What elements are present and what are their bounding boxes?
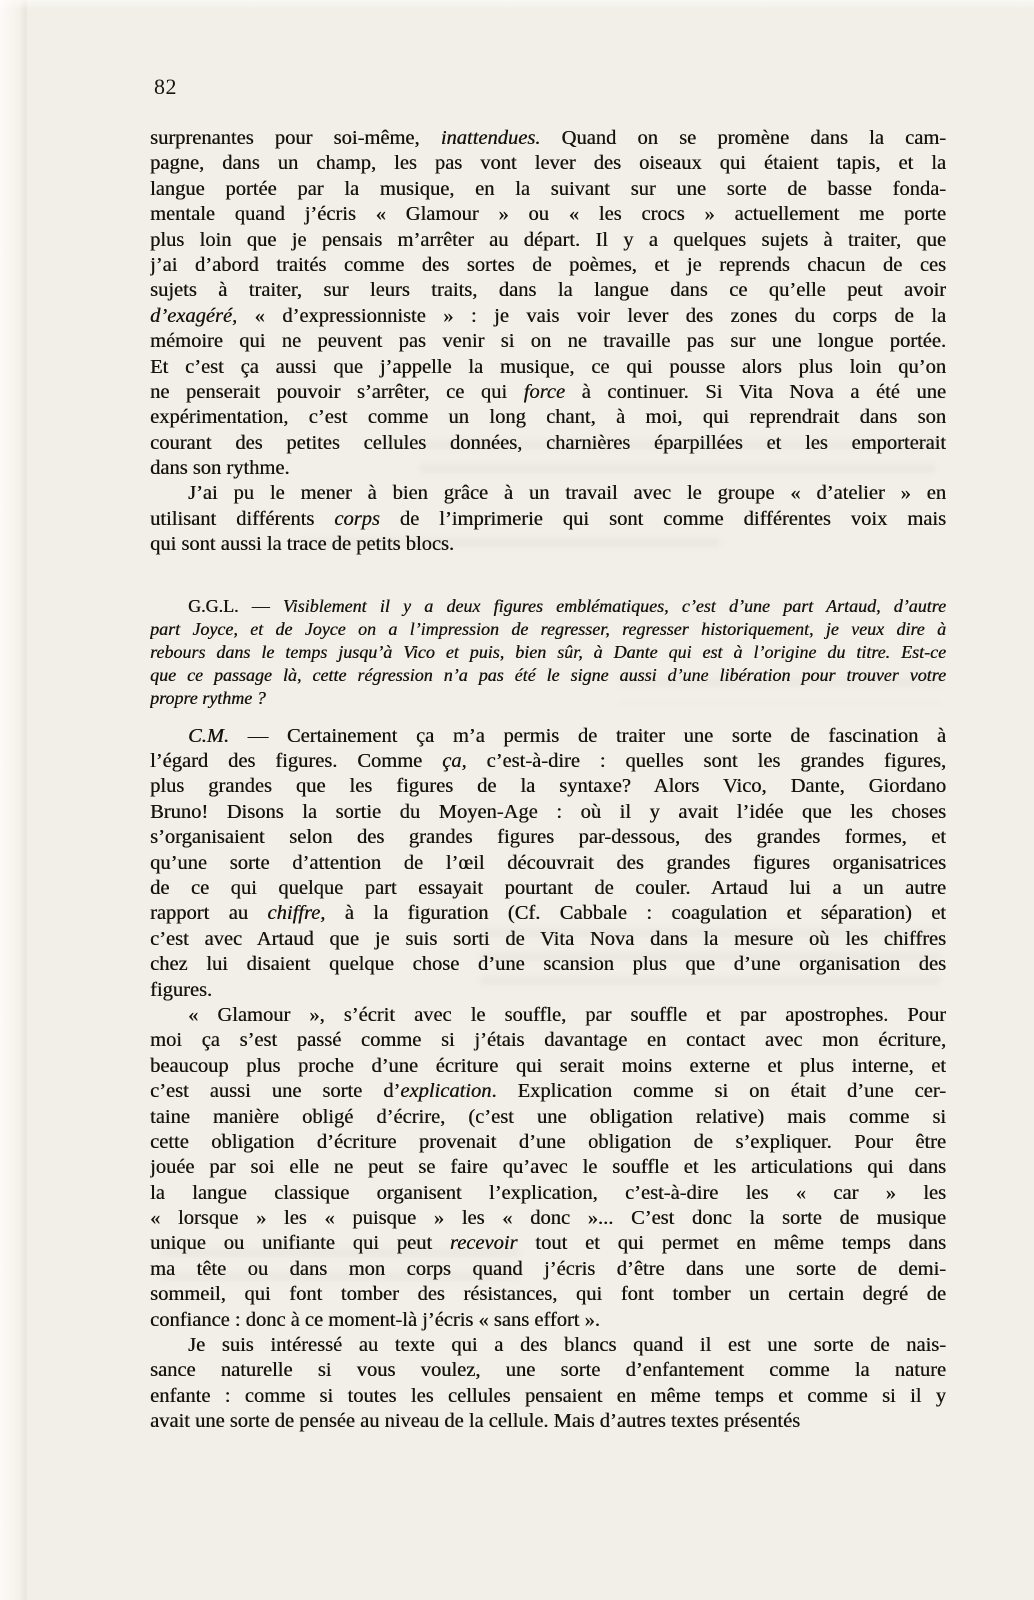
text-line: moi ça s’est passé comme si j’étais dava… (150, 1028, 946, 1053)
text-line: dans son rythme. (150, 456, 946, 481)
text-line: figures. (150, 978, 946, 1003)
text-line: Et c’est ça aussi que j’appelle la musiq… (150, 355, 946, 380)
text-line: surprenantes pour soi-même, inattendues.… (150, 126, 946, 151)
text-line: ma tête ou dans mon corps quand j’écris … (150, 1257, 946, 1282)
paragraph-atelier: J’ai pu le mener à bien grâce à un trava… (150, 481, 946, 557)
question-ggl: G.G.L. — Visiblement il y a deux figures… (150, 595, 946, 710)
text-line: J’ai pu le mener à bien grâce à un trava… (150, 481, 946, 506)
text-line: unique ou unifiante qui peut recevoir to… (150, 1231, 946, 1256)
page-number: 82 (154, 74, 177, 100)
text-block: surprenantes pour soi-même, inattendues.… (150, 126, 946, 1435)
text-line: ne penserait pouvoir s’arrêter, ce qui f… (150, 380, 946, 405)
paragraph-texte-blancs: Je suis intéressé au texte qui a des bla… (150, 1333, 946, 1435)
text-line: s’organisaient selon des grandes figures… (150, 825, 946, 850)
text-line: beaucoup plus proche d’une écriture qui … (150, 1054, 946, 1079)
text-line: jouée par soi elle ne peut se faire qu’a… (150, 1155, 946, 1180)
paragraph-continuation: surprenantes pour soi-même, inattendues.… (150, 126, 946, 481)
text-line: confiance : donc à ce moment-là j’écris … (150, 1308, 946, 1333)
scan-page-edge (0, 0, 28, 1600)
text-line: mentale quand j’écris « Glamour » ou « l… (150, 202, 946, 227)
text-line: langue portée par la musique, en la suiv… (150, 177, 946, 202)
scan-top-edge (0, 0, 1034, 10)
text-line: Je suis intéressé au texte qui a des bla… (150, 1333, 946, 1358)
text-line: G.G.L. — Visiblement il y a deux figures… (150, 595, 946, 618)
scanned-book-page: { "page": { "number": "82", "background_… (0, 0, 1034, 1600)
text-line: c’est avec Artaud que je suis sorti de V… (150, 927, 946, 952)
text-line: rapport au chiffre, à la figuration (Cf.… (150, 901, 946, 926)
text-line: « lorsque » les « puisque » les « donc »… (150, 1206, 946, 1231)
text-line: c’est aussi une sorte d’explication. Exp… (150, 1079, 946, 1104)
text-line: j’ai d’abord traités comme des sortes de… (150, 253, 946, 278)
text-line: d’exagéré, « d’expressionniste » : je va… (150, 304, 946, 329)
text-line: l’égard des figures. Comme ça, c’est-à-d… (150, 749, 946, 774)
text-line: Bruno! Disons la sortie du Moyen-Age : o… (150, 800, 946, 825)
text-line: chez lui disaient quelque chose d’une sc… (150, 952, 946, 977)
text-line: C.M. — Certainement ça m’a permis de tra… (150, 724, 946, 749)
text-line: que ce passage là, cette régression n’a … (150, 664, 946, 687)
text-line: qu’une sorte d’attention de l’œil découv… (150, 851, 946, 876)
text-line: enfante : comme si toutes les cellules p… (150, 1384, 946, 1409)
text-line: qui sont aussi la trace de petits blocs. (150, 532, 946, 557)
text-line: plus loin que je pensais m’arrêter au dé… (150, 228, 946, 253)
text-line: cette obligation d’écriture provenait d’… (150, 1130, 946, 1155)
paragraph-glamour-souffle: « Glamour », s’écrit avec le souffle, pa… (150, 1003, 946, 1333)
text-line: sance naturelle si vous voulez, une sort… (150, 1358, 946, 1383)
answer-cm-figures: C.M. — Certainement ça m’a permis de tra… (150, 724, 946, 1003)
text-line: sujets à traiter, sur leurs traits, dans… (150, 278, 946, 303)
text-line: plus grandes que les figures de la synta… (150, 774, 946, 799)
text-line: la langue classique organisent l’explica… (150, 1181, 946, 1206)
text-line: mémoire qui ne peuvent pas venir si on n… (150, 329, 946, 354)
text-line: expérimentation, c’est comme un long cha… (150, 405, 946, 430)
text-line: taine manière obligé d’écrire, (c’est un… (150, 1105, 946, 1130)
text-line: sommeil, qui font tomber des résistances… (150, 1282, 946, 1307)
text-line: utilisant différents corps de l’imprimer… (150, 507, 946, 532)
text-line: rebours dans le temps jusqu’à Vico et pu… (150, 641, 946, 664)
text-line: part Joyce, et de Joyce on a l’impressio… (150, 618, 946, 641)
text-line: propre rythme ? (150, 687, 946, 710)
text-line: de ce qui quelque part essayait pourtant… (150, 876, 946, 901)
text-line: « Glamour », s’écrit avec le souffle, pa… (150, 1003, 946, 1028)
text-line: courant des petites cellules données, ch… (150, 431, 946, 456)
text-line: avait une sorte de pensée au niveau de l… (150, 1409, 946, 1434)
text-line: pagne, dans un champ, les pas vont lever… (150, 151, 946, 176)
